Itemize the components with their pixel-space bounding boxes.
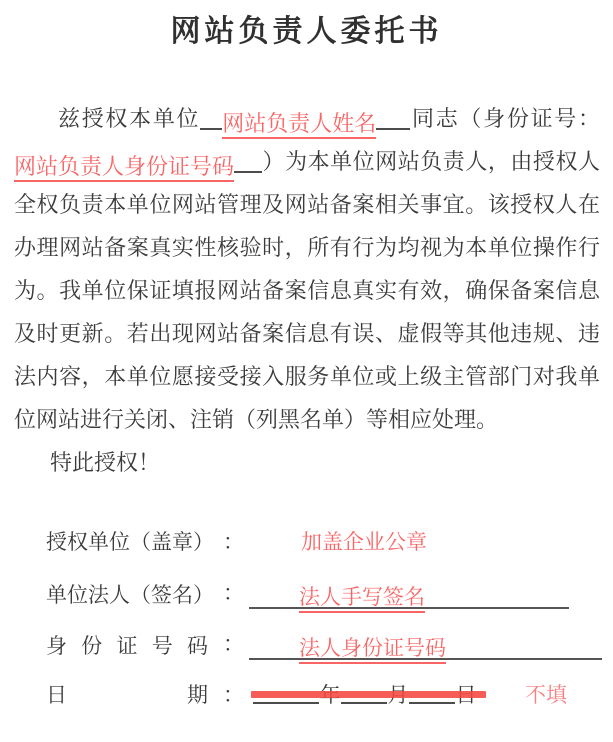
id-placeholder: 网站负责人身份证号码 (14, 154, 234, 182)
signature-placeholder: 法人手写签名 (299, 585, 425, 613)
paragraph-rest: ）为本单位网站负责人，由授权人全权负责本单位网站管理及网站备案相关事宜。该授权人… (14, 149, 600, 432)
form-row-legal-person-signature: 单位法人（签名）：法人手写签名 (46, 579, 613, 607)
date-strikethrough-bar (251, 691, 486, 698)
colon: ： (223, 632, 244, 656)
form-row-date: 日期：年月日不填 (46, 681, 613, 709)
document-page: 网站负责人委托书 兹授权本单位网站负责人姓名同志（身份证号：网站负责人身份证号码… (0, 0, 613, 742)
paragraph-mid: 同志（身份证号： (410, 106, 600, 131)
closing-statement: 特此授权！ (14, 441, 600, 484)
blank-line-segment (376, 108, 410, 130)
paragraph-lead: 兹授权本单位 (14, 106, 200, 131)
name-placeholder: 网站负责人姓名 (222, 111, 376, 139)
form-row-company-seal: 授权单位（盖章）：加盖企业公章 (46, 528, 613, 556)
colon: ： (223, 581, 244, 605)
colon: ： (223, 683, 244, 707)
date-blanks: 年月日 (253, 681, 477, 709)
blank-line-segment (200, 108, 222, 130)
colon: ： (223, 530, 244, 554)
signature-line: 法人手写签名 (249, 583, 569, 609)
signature-form: 授权单位（盖章）：加盖企业公章 单位法人（签名）：法人手写签名 身份证号码：法人… (0, 528, 613, 709)
legal-person-label: 单位法人（签名） (46, 581, 208, 609)
id-number-placeholder: 法人身份证号码 (299, 636, 446, 664)
id-number-label: 身份证号码 (46, 632, 208, 660)
authorization-paragraph: 兹授权本单位网站负责人姓名同志（身份证号：网站负责人身份证号码）为本单位网站负责… (14, 97, 600, 441)
do-not-fill-note: 不填 (525, 683, 567, 707)
document-title: 网站负责人委托书 (0, 0, 613, 52)
company-seal-label: 授权单位（盖章） (46, 528, 208, 556)
date-label: 日期 (46, 681, 208, 709)
company-seal-placeholder: 加盖企业公章 (301, 530, 427, 554)
id-number-line: 法人身份证号码 (249, 634, 602, 660)
form-row-id-number: 身份证号码：法人身份证号码 (46, 630, 613, 658)
blank-line-segment (234, 151, 262, 173)
